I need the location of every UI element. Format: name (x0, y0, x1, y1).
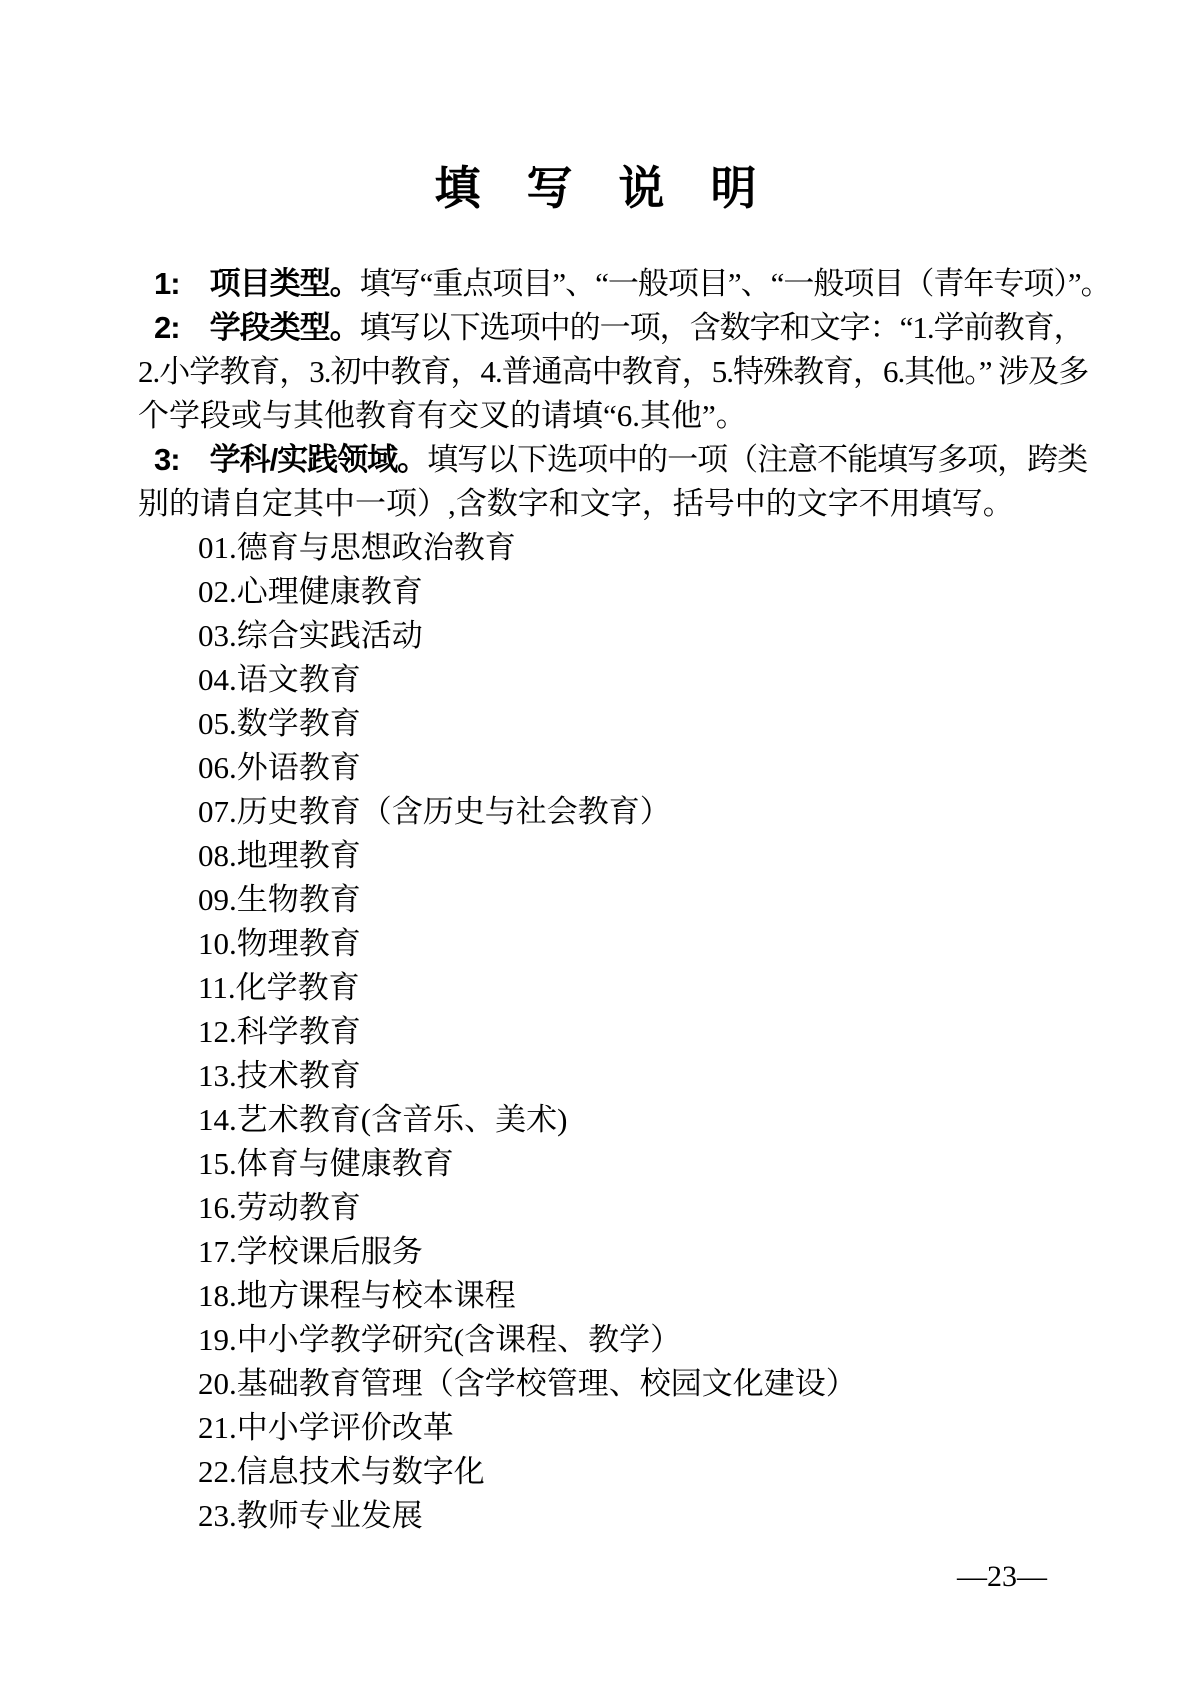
instruction-2-label: 2: 学段类型。 (154, 310, 360, 345)
subject-option: 07.历史教育（含历史与社会教育） (198, 790, 1058, 834)
subject-option: 19.中小学教学研究(含课程、教学） (198, 1318, 1058, 1362)
instruction-3-label: 3: 学科/实践领域。 (154, 442, 427, 477)
subject-option: 08.地理教育 (198, 834, 1058, 878)
subject-option: 12.科学教育 (198, 1010, 1058, 1054)
instruction-3-line-2: 别的请自定其中一项）,含数字和文字，括号中的文字不用填写。 (138, 482, 1058, 526)
subject-option: 13.技术教育 (198, 1054, 1058, 1098)
instruction-2-text-3: 个学段或与其他教育有交叉的请填“6.其他”。 (138, 398, 747, 433)
subject-option: 23.教师专业发展 (198, 1494, 1058, 1538)
document-body: 1: 项目类型。填写“重点项目”、“一般项目”、“一般项目（青年专项）”。 2:… (138, 262, 1058, 1538)
subject-option: 16.劳动教育 (198, 1186, 1058, 1230)
instruction-2-text-2: 2.小学教育，3.初中教育，4.普通高中教育，5.特殊教育，6.其他。” 涉及多 (138, 354, 1088, 389)
instruction-2-line-1: 2: 学段类型。填写以下选项中的一项，含数字和文字：“1.学前教育， (138, 306, 1058, 350)
instruction-3-text-2: 别的请自定其中一项）,含数字和文字，括号中的文字不用填写。 (138, 486, 1014, 521)
subject-option: 05.数学教育 (198, 702, 1058, 746)
instruction-1-label: 1: 项目类型。 (154, 266, 360, 301)
instruction-2-text-1: 填写以下选项中的一项，含数字和文字：“1.学前教育， (360, 310, 1084, 345)
subject-options-list: 01.德育与思想政治教育 02.心理健康教育 03.综合实践活动 04.语文教育… (138, 526, 1058, 1538)
subject-option: 22.信息技术与数字化 (198, 1450, 1058, 1494)
subject-option: 06.外语教育 (198, 746, 1058, 790)
page-title: 填 写 说 明 (0, 158, 1191, 220)
subject-option: 09.生物教育 (198, 878, 1058, 922)
subject-option: 18.地方课程与校本课程 (198, 1274, 1058, 1318)
subject-option: 01.德育与思想政治教育 (198, 526, 1058, 570)
subject-option: 11.化学教育 (198, 966, 1058, 1010)
instruction-3-line-1: 3: 学科/实践领域。填写以下选项中的一项（注意不能填写多项，跨类 (138, 438, 1058, 482)
subject-option: 20.基础教育管理（含学校管理、校园文化建设） (198, 1362, 1058, 1406)
instruction-1-text: 填写“重点项目”、“一般项目”、“一般项目（青年专项）”。 (360, 266, 1111, 301)
subject-option: 17.学校课后服务 (198, 1230, 1058, 1274)
subject-option: 10.物理教育 (198, 922, 1058, 966)
instruction-3-text-1: 填写以下选项中的一项（注意不能填写多项，跨类 (427, 442, 1087, 477)
instruction-2-line-2: 2.小学教育，3.初中教育，4.普通高中教育，5.特殊教育，6.其他。” 涉及多 (138, 350, 1058, 394)
subject-option: 14.艺术教育(含音乐、美术) (198, 1098, 1058, 1142)
instruction-2-line-3: 个学段或与其他教育有交叉的请填“6.其他”。 (138, 394, 1058, 438)
page-number: —23— (957, 1555, 1047, 1599)
instruction-1-line-1: 1: 项目类型。填写“重点项目”、“一般项目”、“一般项目（青年专项）”。 (138, 262, 1058, 306)
subject-option: 03.综合实践活动 (198, 614, 1058, 658)
subject-option: 21.中小学评价改革 (198, 1406, 1058, 1450)
document-page: 填 写 说 明 1: 项目类型。填写“重点项目”、“一般项目”、“一般项目（青年… (0, 0, 1191, 1684)
subject-option: 04.语文教育 (198, 658, 1058, 702)
subject-option: 02.心理健康教育 (198, 570, 1058, 614)
subject-option: 15.体育与健康教育 (198, 1142, 1058, 1186)
